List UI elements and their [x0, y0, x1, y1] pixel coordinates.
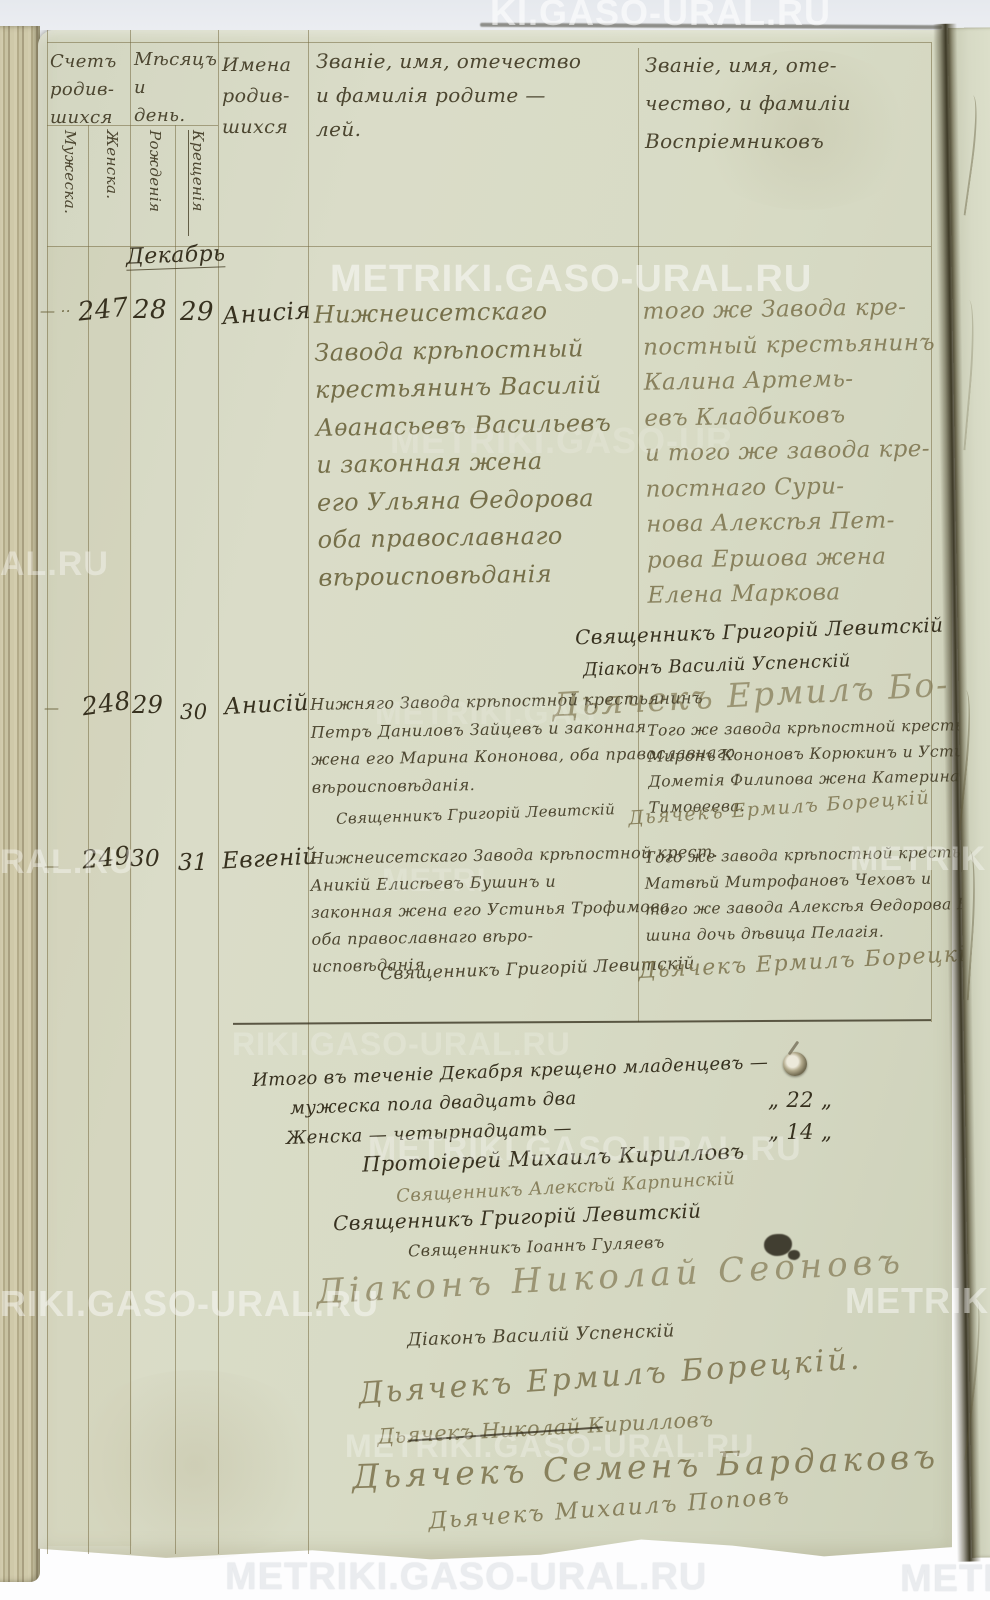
- entry-number: 247: [77, 293, 131, 328]
- baptism-day: 31: [178, 850, 208, 876]
- margin-mark: — ··: [40, 303, 71, 320]
- record-line: оба православнаго: [317, 516, 648, 559]
- record-line: его Ульяна Ѳедорова: [317, 479, 648, 522]
- entry-number: 249: [81, 842, 133, 876]
- summary-female-count: „ 14 „: [768, 1120, 832, 1144]
- record-line: и законная жена: [316, 441, 647, 484]
- birth-day: 29: [132, 692, 163, 720]
- subheader-baptism: Крещенія: [188, 130, 206, 236]
- column-header-names: Имена родив- шихся: [222, 50, 306, 143]
- header-text: Счетъ: [50, 48, 130, 76]
- record-line: и того же завода кре-: [645, 431, 966, 472]
- record-line: того же завода Алексѣя Ѳедорова Бу-: [645, 891, 955, 922]
- record-line: вѣроисповѣданія: [318, 554, 649, 597]
- parents-record: Нижнеисетскаго Завода крѣпостный крестья…: [313, 291, 648, 597]
- record-line: постный крестьянинъ: [643, 325, 964, 366]
- record-line: постнаго Сури-: [645, 467, 966, 508]
- record-line: рова Ершова жена: [647, 538, 968, 579]
- child-name: Анисій: [223, 690, 309, 721]
- record-line: Завода крѣпостный: [314, 329, 645, 372]
- page-top-edge-shadow: [480, 23, 942, 29]
- godparents-record: Того же завода крѣпостной крестьянинъ Ма…: [644, 839, 956, 948]
- column-header-godparents: Званіе, имя, оте- чество, и фамиліи Восп…: [645, 46, 935, 160]
- child-name: Евгеній: [221, 844, 318, 875]
- table-rule-vertical: [88, 125, 89, 1554]
- birth-day: 28: [133, 296, 167, 326]
- subheader-female: Женска.: [103, 130, 120, 236]
- record-line: того же Завода кре-: [642, 289, 963, 330]
- header-text: Имена: [222, 50, 306, 81]
- header-text: шихся: [50, 104, 130, 132]
- column-header-parents: Званіе, имя, отечество и фамилія родите …: [316, 44, 636, 146]
- header-text: Званіе, имя, отечество: [316, 44, 636, 78]
- record-line: Нижнеисетскаго: [313, 291, 644, 334]
- birth-day: 30: [130, 846, 160, 872]
- month-heading: Декабрь: [126, 241, 226, 271]
- record-line: евъ Кладбиковъ: [644, 396, 965, 437]
- record-line: жена его Марина Кононова, оба православн…: [311, 740, 646, 773]
- summary-male-count: „ 22 „: [768, 1088, 832, 1112]
- header-text: чество, и фамиліи: [645, 84, 935, 122]
- header-text: родив-: [50, 76, 130, 104]
- header-text: лей.: [316, 112, 636, 146]
- header-text: и фамилія родите —: [316, 78, 636, 112]
- record-line: вѣроисповѣданія.: [312, 768, 647, 801]
- record-line: Елена Маркова: [647, 573, 968, 614]
- header-text: и: [134, 74, 216, 102]
- table-rule-vertical: [175, 125, 176, 1554]
- table-rule-vertical: [308, 30, 309, 1554]
- margin-mark: —: [44, 858, 59, 875]
- godparents-record: того же Завода кре- постный крестьянинъ …: [642, 289, 968, 614]
- record-line: нова Алексѣя Пет-: [646, 502, 967, 543]
- watermark: METRIKI.G: [900, 1558, 990, 1600]
- watermark: KI.GASO-URAL.RU: [490, 0, 831, 34]
- header-text: Воспріемниковъ: [645, 122, 935, 160]
- binding-hole: [783, 1052, 807, 1076]
- subheader-birth: Рожденія: [146, 130, 163, 236]
- header-text: день.: [134, 102, 216, 130]
- subheader-male: Мужеска.: [61, 130, 78, 236]
- record-line: крестьянинъ Василій: [315, 366, 646, 409]
- header-text: Мѣсяцъ: [134, 46, 216, 74]
- header-text: шихся: [222, 112, 306, 143]
- record-line: Аѳанасьевъ Васильевъ: [315, 404, 646, 447]
- margin-mark: —: [44, 700, 59, 717]
- column-header-date: Мѣсяцъ и день.: [134, 46, 216, 130]
- metric-book-scan: Счетъ родив- шихся Мѣсяцъ и день. Имена …: [0, 0, 990, 1600]
- book-spine-edge: [0, 26, 40, 1582]
- table-rule-vertical: [47, 30, 48, 1554]
- record-line: Калина Артемь-: [643, 360, 964, 401]
- column-header-count: Счетъ родив- шихся: [50, 48, 130, 132]
- watermark: METRIKI.GASO-URAL.RU: [225, 1556, 707, 1599]
- baptism-day: 30: [180, 700, 208, 724]
- baptism-day: 29: [180, 298, 214, 328]
- header-text: родив-: [222, 81, 306, 112]
- parents-record: Нижняго Завода крѣпостной крестьянинъ Пе…: [310, 685, 647, 801]
- header-text: Званіе, имя, оте-: [645, 46, 935, 84]
